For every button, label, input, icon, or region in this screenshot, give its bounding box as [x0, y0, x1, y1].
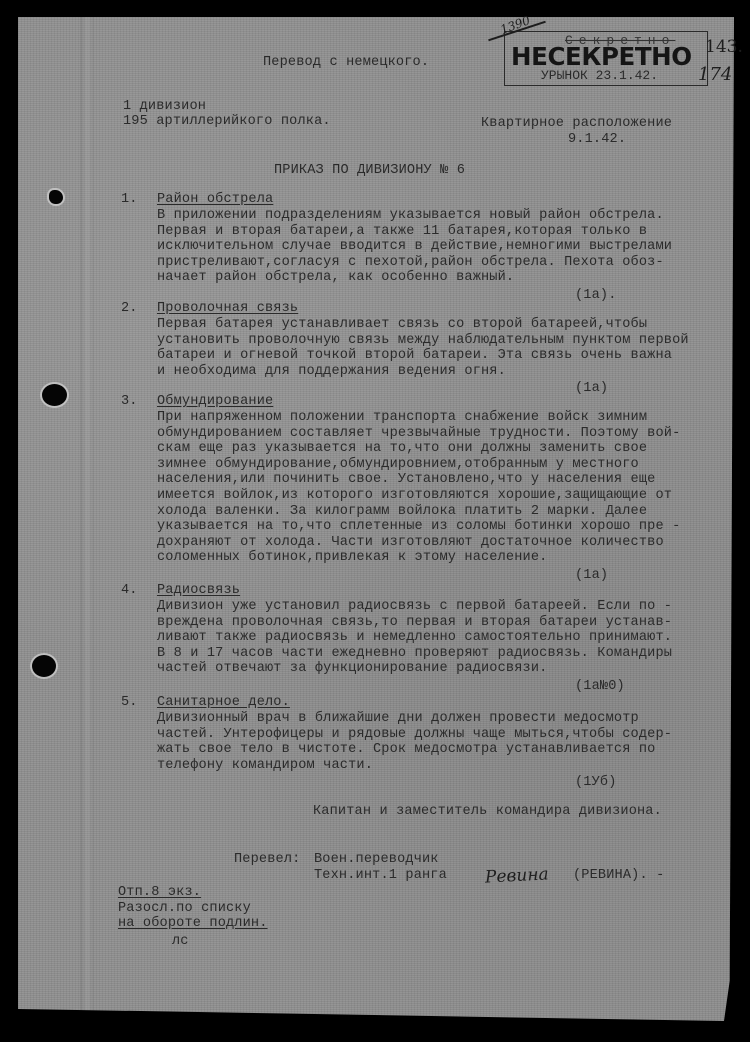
- unit-line-2: 195 артиллерийкого полка.: [123, 114, 331, 130]
- punch-hole-bottom: [32, 655, 56, 677]
- section-body-line: Дивизионный врач в ближайшие дни должен …: [157, 711, 639, 727]
- section-reference: (1а).: [575, 288, 617, 304]
- section-heading: Проволочная связь: [157, 301, 298, 317]
- handwritten-signature: Ревина: [485, 864, 550, 887]
- section-number: 2.: [121, 301, 138, 317]
- section-body-line: имеется войлок,из которого изготовляются…: [157, 488, 672, 504]
- section-body-line: указывается на то,что сплетенные из соло…: [157, 519, 680, 535]
- section-reference: (1а): [575, 568, 608, 584]
- paper-fold-crease: [80, 17, 94, 1021]
- punch-hole-middle: [42, 384, 67, 406]
- handwritten-page-number-bottom: 174: [698, 64, 732, 85]
- section-body-line: телефону командиром части.: [157, 758, 373, 774]
- section-body-line: Дивизион уже установил радиосвязь с перв…: [157, 599, 672, 615]
- section-number: 4.: [121, 583, 138, 599]
- section-body-line: населения,или починить свое. Установлено…: [157, 472, 655, 488]
- section-body-line: батареи и огневой точкой второй батареи.…: [157, 348, 672, 364]
- section-body-line: и необходима для поддержания ведения огн…: [157, 364, 506, 380]
- distribution-line-3: на обороте подлин.: [118, 916, 268, 932]
- translated-by-label: Перевел:: [234, 852, 300, 868]
- section-body-line: дохраняют от холода. Части изготовляют д…: [157, 535, 664, 551]
- section-body-line: Первая и вторая батареи,а также 11 батар…: [157, 224, 647, 240]
- section-number: 1.: [121, 192, 138, 208]
- section-body-line: вреждена проволочная связь,то первая и в…: [157, 615, 672, 631]
- section-body-line: скам еще раз указывается на то,что они д…: [157, 441, 647, 457]
- section-body-line: жать свое тело в чистоте. Срок медосмотр…: [157, 742, 655, 758]
- punch-hole-top: [49, 190, 63, 204]
- section-heading: Район обстрела: [157, 192, 273, 208]
- stamp-date-line: УРЫНОК 23.1.42.: [541, 68, 658, 83]
- distribution-line-2: Разосл.по списку: [118, 901, 251, 917]
- signatory-title: Капитан и заместитель командира дивизион…: [313, 804, 662, 820]
- section-body-line: холода валенки. За килограмм войлока пла…: [157, 504, 647, 520]
- section-body-line: зимнее обмундирование,обмундировнием,ото…: [157, 457, 639, 473]
- declassified-label: НЕСЕКРЕТНО: [511, 42, 692, 71]
- section-body-line: В приложении подразделениям указывается …: [157, 208, 664, 224]
- section-reference: (1Уб): [575, 775, 617, 791]
- declassification-stamp: Секретно НЕСЕКРЕТНО УРЫНОК 23.1.42.: [504, 31, 708, 86]
- translator-title-line-2: Техн.инт.1 ранга: [314, 868, 447, 884]
- location-date: 9.1.42.: [568, 132, 626, 148]
- section-number: 5.: [121, 695, 138, 711]
- translator-name: (РЕВИНА). -: [573, 868, 664, 884]
- order-title: ПРИКАЗ ПО ДИВИЗИОНУ № 6: [274, 163, 465, 179]
- translation-note: Перевод с немецкого.: [263, 55, 429, 71]
- section-reference: (1а): [575, 381, 608, 397]
- typist-initials: лс: [172, 934, 189, 950]
- section-body-line: При напряженном положении транспорта сна…: [157, 410, 647, 426]
- unit-line-1: 1 дивизион: [123, 99, 206, 115]
- section-number: 3.: [121, 394, 138, 410]
- section-body-line: частей отвечают за функционирование ради…: [157, 661, 547, 677]
- section-heading: Радиосвязь: [157, 583, 240, 599]
- section-reference: (1а№0): [575, 679, 625, 695]
- translator-title-line-1: Воен.переводчик: [314, 852, 439, 868]
- handwritten-page-number-top: 143.: [705, 37, 743, 57]
- copies-note: Отп.8 экз.: [118, 885, 201, 901]
- section-heading: Обмундирование: [157, 394, 273, 410]
- section-body-line: начает район обстрела, как особенно важн…: [157, 270, 514, 286]
- section-body-line: соломенных ботинок,привлекая к этому нас…: [157, 550, 547, 566]
- section-body-line: пристреливают,согласуя с пехотой,район о…: [157, 255, 664, 271]
- section-body-line: ливают также радиосвязь и немедленно сам…: [157, 630, 672, 646]
- section-body-line: установить проволочную связь между наблю…: [157, 333, 689, 349]
- section-body-line: обмундированием составляет чрезвычайные …: [157, 426, 680, 442]
- section-body-line: частей. Унтерофицеры и рядовые должны ча…: [157, 727, 672, 743]
- section-body-line: исключительном случае вводится в действи…: [157, 239, 672, 255]
- location-line-1: Квартирное расположение: [481, 116, 672, 132]
- section-body-line: В 8 и 17 часов части ежедневно проверяют…: [157, 646, 672, 662]
- section-body-line: Первая батарея устанавливает связь со вт…: [157, 317, 647, 333]
- section-heading: Санитарное дело.: [157, 695, 290, 711]
